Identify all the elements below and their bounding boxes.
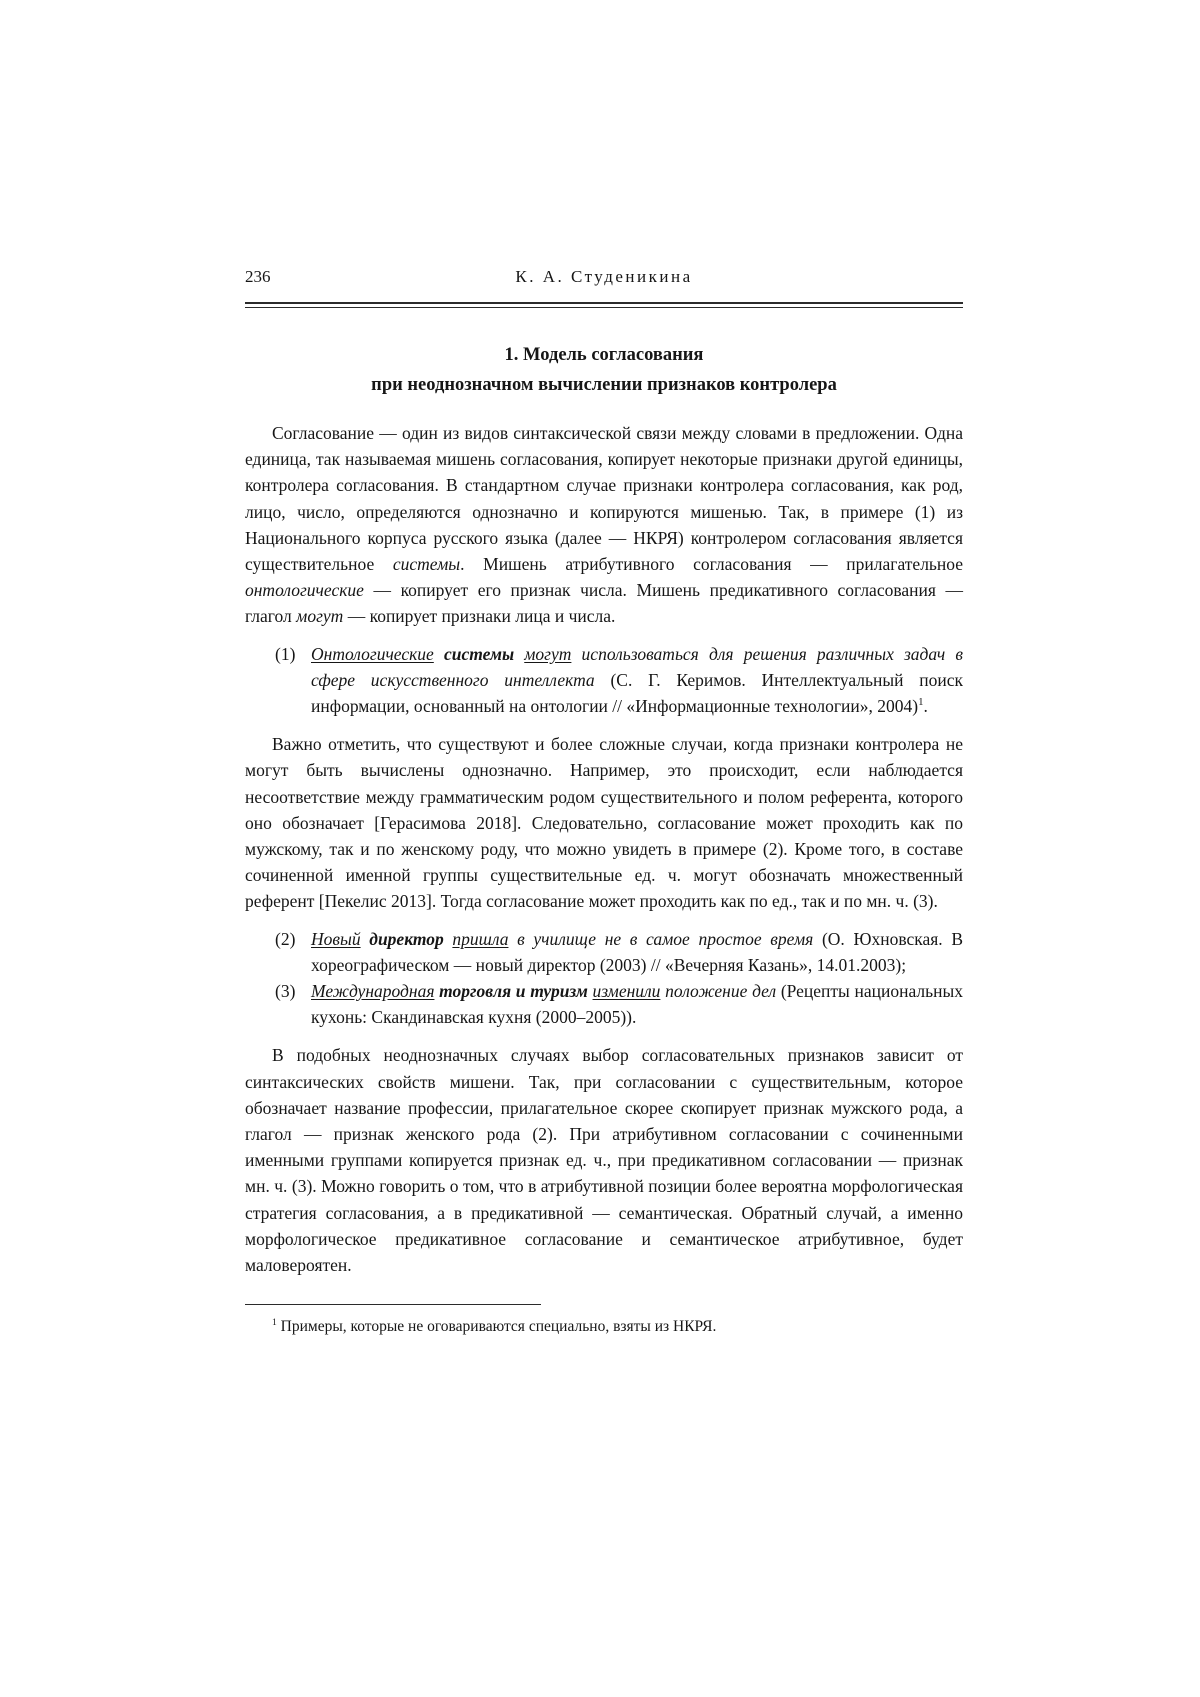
header-rule (245, 302, 963, 308)
page-number: 236 (245, 266, 271, 288)
example-1-number: (1) (275, 641, 311, 667)
section-title: 1. Модель согласования при неоднозначном… (245, 340, 963, 400)
example-2-number: (2) (275, 926, 311, 952)
page-content: 236 К. А. Студеникина 1. Модель согласов… (245, 266, 963, 1339)
example-1-text: Онтологические системы могут использоват… (311, 644, 963, 716)
example-block-2: (2)Новый директор пришла в училище не в … (245, 926, 963, 1031)
example-3-text: Международная торговля и туризм изменили… (311, 981, 963, 1027)
paragraph-complex-cases: Важно отметить, что существуют и более с… (245, 731, 963, 914)
example-2: (2)Новый директор пришла в училище не в … (245, 926, 963, 978)
paper-page: 236 К. А. Студеникина 1. Модель согласов… (0, 0, 1200, 1697)
running-header: 236 К. А. Студеникина (245, 266, 963, 288)
paragraph-intro: Согласование — один из видов синтаксичес… (245, 420, 963, 630)
running-head-author: К. А. Студеникина (245, 266, 963, 288)
footnote-rule (245, 1304, 541, 1305)
example-3: (3)Международная торговля и туризм измен… (245, 978, 963, 1030)
example-2-text: Новый директор пришла в училище не в сам… (311, 929, 963, 975)
footnote: 1 Примеры, которые не оговариваются спец… (245, 1315, 963, 1339)
example-1: (1)Онтологические системы могут использо… (245, 641, 963, 720)
example-block-1: (1)Онтологические системы могут использо… (245, 641, 963, 720)
section-title-line-2: при неоднозначном вычислении признаков к… (245, 370, 963, 400)
section-title-line-1: 1. Модель согласования (245, 340, 963, 370)
example-3-number: (3) (275, 978, 311, 1004)
paragraph-conclusion: В подобных неоднозначных случаях выбор с… (245, 1042, 963, 1278)
